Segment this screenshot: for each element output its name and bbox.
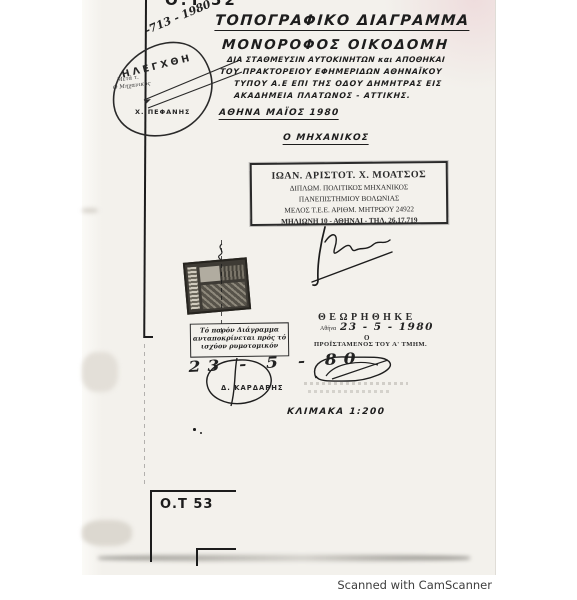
approval-date-handwritten: 23 - 5 - 1980 [340, 321, 434, 333]
revenue-stamp [183, 257, 251, 314]
doc-subtitle: ΜΟΝΟΡΟΦΟΣ ΟΙΚΟΔΟΜΗ [221, 37, 449, 53]
paper-edge-mark [82, 208, 98, 213]
scale-label: ΚΛΙΜΑΚΑ 1:200 [287, 407, 386, 417]
approval-role: ΠΡΟΪΣΤΑΜΕΝΟΣ ΤΟΥ Α' ΤΜΗΜ. [314, 341, 427, 348]
description-line-3: ΤΥΠΟΥ Α.Ε ΕΠΙ ΤΗΣ ΟΔΟΥ ΔΗΜΗΤΡΑΣ ΕΙΣ [234, 79, 443, 88]
engineer-stamp-box: ΙΩΑΝ. ΑΡΙΣΤΟΤ. Χ. ΜΟΑΤΣΟΣ ΔΙΠΛΩΜ. ΠΟΛΙΤΙ… [250, 161, 449, 226]
place-date: ΑΘΗΝΑ ΜΑΪΟΣ 1980 [219, 108, 340, 120]
approval-date-prefix: Αθήνα [320, 326, 336, 332]
bottom-smudge-line [98, 555, 470, 561]
revenue-stamp-left-band [187, 267, 200, 310]
ink-dot-1 [193, 428, 196, 431]
block-corner-inner-left [196, 548, 198, 566]
description-line-2: ΤΟΥ ΠΡΑΚΤΟΡΕΙΟΥ ΕΦΗΜΕΡΙΔΩΝ ΑΘΗΝΑΪΚΟΥ [220, 67, 443, 76]
description-line-4: ΑΚΑΔΗΜΕΙΑ ΠΛΑΤΩΝΟΣ - ΑΤΤΙΚΗΣ. [234, 91, 411, 100]
engineer-stamp-line-2: ΠΑΝΕΠΙΣΤΗΜΙΟΥ ΒΟΛΩΝΙΑΣ [252, 193, 446, 204]
paper-smudge-left [82, 352, 118, 392]
engineer-stamp-name: ΙΩΑΝ. ΑΡΙΣΤΟΤ. Χ. ΜΟΑΤΣΟΣ [252, 169, 446, 182]
approval-faint-stamp-row-2 [308, 390, 392, 393]
boundary-line-dashed [144, 344, 145, 486]
stamp-dashed-line [221, 240, 222, 334]
revenue-stamp-hatch [201, 282, 247, 310]
engineer-stamp-line-3: ΜΕΛΟΣ Τ.Ε.Ε. ΑΡΙΘΜ. ΜΗΤΡΩΟΥ 24922 [252, 204, 446, 215]
block-corner-ot53-left [150, 490, 152, 562]
doc-title: ΤΟΠΟΓΡΑΦΙΚΟ ΔΙΑΓΡΑΜΜΑ [214, 13, 470, 31]
paper-smudge-bottom-left [82, 520, 132, 546]
scanned-document-page: Ο.Τ 52 -713 - 1980 ΗΛΕΓΧΘΗ Μετά τ. Ο Μηχ… [0, 0, 577, 600]
block-corner-ot53-top [150, 490, 236, 492]
ink-dot-2 [200, 432, 202, 434]
cert-line-2: ισχύον ρυμοτομικόν [191, 341, 288, 350]
boundary-line-foot [145, 336, 153, 338]
revenue-stamp-texture [221, 265, 244, 281]
engineer-signature [278, 222, 403, 288]
block-label-ot53: Ο.Τ 53 [160, 497, 213, 512]
approval-faint-stamp-row-1 [304, 382, 408, 385]
revenue-stamp-block [199, 266, 220, 283]
cert-box: Τό παρόν Διάγραμμα ανταποκρίνεται πρός τ… [190, 322, 289, 357]
camscanner-watermark: Scanned with CamScanner [0, 578, 492, 592]
description-line-1: ΔΙΑ ΣΤΑΘΜΕΥΣΙΝ ΑΥΤΟΚΙΝΗΤΩΝ και ΑΠΟΘΗΚΑΙ [227, 55, 446, 64]
cert-signature-scribble [203, 356, 275, 408]
engineer-stamp-line-1: ΔΙΠΛΩΜ. ΠΟΛΙΤΙΚΟΣ ΜΗΧΑΝΙΚΟΣ [252, 182, 446, 193]
block-corner-inner-top [196, 548, 236, 550]
engineer-heading: Ο ΜΗΧΑΝΙΚΟΣ [283, 133, 370, 145]
